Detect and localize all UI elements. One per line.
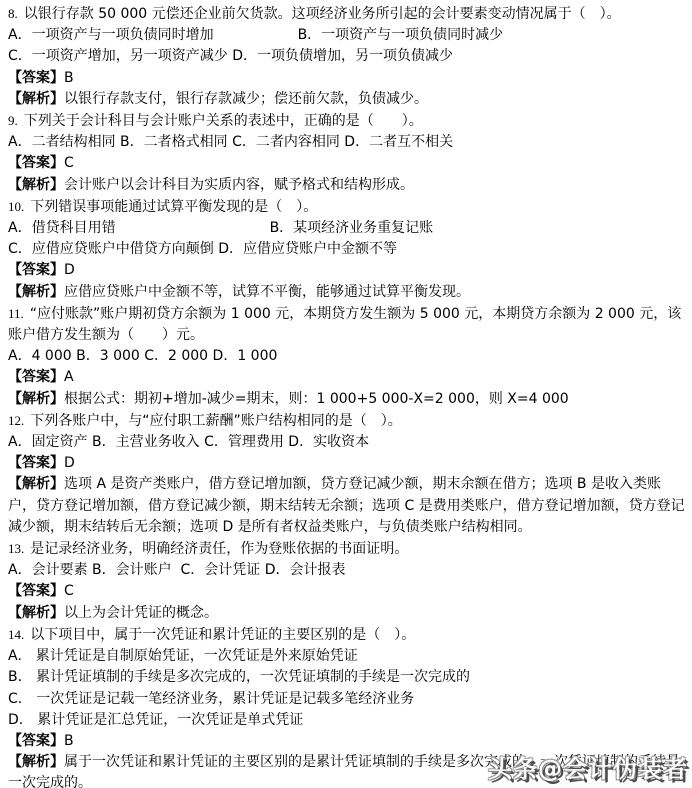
question-number: 13.: [8, 541, 24, 556]
question-options-line: A．会计要素 B．会计账户 C．会计凭证 D．会计报表: [8, 560, 686, 581]
analysis-text: 应借应贷账户中金额不等，试算不平衡，能够通过试算平衡发现。: [64, 284, 470, 300]
analysis-line: 【解析】选项 A 是资产类账户，借方登记增加额，贷方登记减少额，期末余额在借方；…: [8, 474, 686, 538]
question-number: 14.: [8, 627, 24, 642]
question-options-line: D. 累计凭证是汇总凭证，一次凭证是单式凭证: [8, 710, 686, 731]
question-12: 12.下列各账户中，与“应付职工薪酬”账户结构相同的是（ ）。 A．固定资产 B…: [8, 410, 686, 538]
answer-label: 【答案】: [8, 262, 64, 278]
answer-line: 【答案】D: [8, 260, 686, 281]
analysis-text: 选项 A 是资产类账户，借方登记增加额，贷方登记减少额，期末余额在借方；选项 B…: [8, 476, 685, 534]
question-stem: 8.以银行存款 50 000 元偿还企业前欠货款。这项经济业务所引起的会计要素变…: [8, 3, 686, 25]
answer-line: 【答案】B: [8, 68, 686, 89]
question-stem: 11.“应付账款”账户期初贷方余额为 1 000 元，本期贷方发生额为 5 00…: [8, 303, 686, 346]
answer-line: 【答案】C: [8, 581, 686, 602]
question-9: 9.下列关于会计科目与会计账户关系的表述中，正确的是（ ）。 A．二者结构相同 …: [8, 110, 686, 196]
question-10: 10.下列错误事项能通过试算平衡发现的是（ ）。 A．借贷科目用错 B．某项经济…: [8, 196, 686, 303]
question-number: 8.: [8, 6, 18, 21]
question-options-line: A．固定资产 B．主营业务收入 C．管理费用 D．实收资本: [8, 432, 686, 453]
analysis-label: 【解析】: [8, 91, 64, 107]
question-options-line: C. 一次凭证是记载一笔经济业务，累计凭证是记载多笔经济业务: [8, 689, 686, 710]
analysis-label: 【解析】: [8, 605, 64, 621]
analysis-line: 【解析】根据公式：期初+增加-减少=期末，则：1 000+5 000-X=2 0…: [8, 389, 686, 410]
question-stem-text: 以下项目中，属于一次凭证和累计凭证的主要区别的是（ ）。: [30, 627, 415, 643]
question-stem-text: “应付账款”账户期初贷方余额为 1 000 元，本期贷方发生额为 5 000 元…: [8, 306, 681, 343]
question-number: 9.: [8, 113, 18, 128]
question-options-line: A．4 000 B．3 000 C．2 000 D．1 000: [8, 346, 686, 367]
question-number: 12.: [8, 413, 24, 428]
question-stem: 9.下列关于会计科目与会计账户关系的表述中，正确的是（ ）。: [8, 110, 686, 132]
answer-line: 【答案】A: [8, 367, 686, 388]
analysis-label: 【解析】: [8, 391, 64, 407]
analysis-label: 【解析】: [8, 177, 64, 193]
analysis-line: 【解析】以上为会计凭证的概念。: [8, 603, 686, 624]
analysis-text: 以银行存款支付，银行存款减少；偿还前欠款，负债减少。: [64, 91, 428, 107]
analysis-text: 会计账户以会计科目为实质内容，赋予格式和结构形成。: [64, 177, 414, 193]
analysis-label: 【解析】: [8, 476, 64, 492]
answer-value: A: [64, 369, 74, 385]
answer-label: 【答案】: [8, 583, 64, 599]
question-stem-text: 是记录经济业务，明确经济责任，作为登账依据的书面证明。: [30, 541, 408, 557]
answer-value: C: [64, 155, 74, 171]
analysis-line: 【解析】以银行存款支付，银行存款减少；偿还前欠款，负债减少。: [8, 89, 686, 110]
analysis-line: 【解析】应借应贷账户中金额不等，试算不平衡，能够通过试算平衡发现。: [8, 282, 686, 303]
question-number: 11.: [8, 306, 24, 321]
answer-label: 【答案】: [8, 369, 64, 385]
answer-label: 【答案】: [8, 155, 64, 171]
analysis-text: 根据公式：期初+增加-减少=期末，则：1 000+5 000-X=2 000，则…: [64, 391, 569, 407]
question-stem-text: 下列各账户中，与“应付职工薪酬”账户结构相同的是（ ）。: [30, 413, 402, 429]
answer-label: 【答案】: [8, 455, 64, 471]
question-stem: 13.是记录经济业务，明确经济责任，作为登账依据的书面证明。: [8, 538, 686, 560]
question-options-line: C．应借应贷账户中借贷方向颠倒 D．应借应贷账户中金额不等: [8, 239, 686, 260]
question-options-line: C．一项资产增加，另一项资产减少 D．一项负债增加，另一项负债减少: [8, 46, 686, 67]
question-options-line: A．借贷科目用错 B．某项经济业务重复记账: [8, 218, 686, 239]
answer-value: D: [64, 262, 75, 278]
question-13: 13.是记录经济业务，明确经济责任，作为登账依据的书面证明。 A．会计要素 B．…: [8, 538, 686, 624]
question-8: 8.以银行存款 50 000 元偿还企业前欠货款。这项经济业务所引起的会计要素变…: [8, 3, 686, 110]
analysis-text: 以上为会计凭证的概念。: [64, 605, 218, 621]
answer-label: 【答案】: [8, 70, 64, 86]
analysis-label: 【解析】: [8, 284, 64, 300]
question-stem: 14.以下项目中，属于一次凭证和累计凭证的主要区别的是（ ）。: [8, 624, 686, 646]
answer-value: B: [64, 733, 74, 749]
answer-line: 【答案】C: [8, 153, 686, 174]
answer-value: C: [64, 583, 74, 599]
question-number: 10.: [8, 199, 24, 214]
answer-value: B: [64, 70, 74, 86]
question-stem-text: 下列错误事项能通过试算平衡发现的是（ ）。: [30, 199, 317, 215]
question-stem-text: 下列关于会计科目与会计账户关系的表述中，正确的是（ ）。: [24, 113, 423, 129]
question-stem-text: 以银行存款 50 000 元偿还企业前欠货款。这项经济业务所引起的会计要素变动情…: [24, 6, 621, 22]
analysis-line: 【解析】会计账户以会计科目为实质内容，赋予格式和结构形成。: [8, 175, 686, 196]
question-11: 11.“应付账款”账户期初贷方余额为 1 000 元，本期贷方发生额为 5 00…: [8, 303, 686, 410]
question-options-line: B. 累计凭证填制的手续是多次完成的，一次凭证填制的手续是一次完成的: [8, 667, 686, 688]
answer-label: 【答案】: [8, 733, 64, 749]
question-options-line: A. 累计凭证是自制原始凭证，一次凭证是外来原始凭证: [8, 646, 686, 667]
question-options-line: A．一项资产与一项负债同时增加 B．一项资产与一项负债同时减少: [8, 25, 686, 46]
answer-value: D: [64, 455, 75, 471]
watermark: 头条@会计伪装者: [488, 749, 688, 784]
question-options-line: A．二者结构相同 B．二者格式相同 C．二者内容相同 D．二者互不相关: [8, 132, 686, 153]
question-stem: 10.下列错误事项能通过试算平衡发现的是（ ）。: [8, 196, 686, 218]
question-stem: 12.下列各账户中，与“应付职工薪酬”账户结构相同的是（ ）。: [8, 410, 686, 432]
analysis-label: 【解析】: [8, 754, 64, 770]
answer-line: 【答案】D: [8, 453, 686, 474]
exam-document: 8.以银行存款 50 000 元偿还企业前欠货款。这项经济业务所引起的会计要素变…: [0, 0, 692, 788]
